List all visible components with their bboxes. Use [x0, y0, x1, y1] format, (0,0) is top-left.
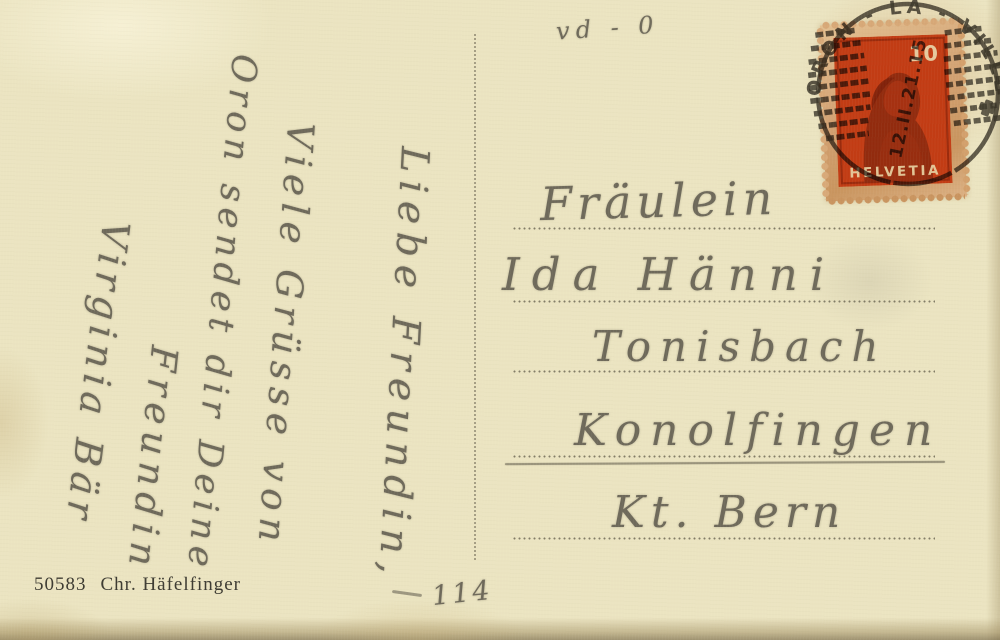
postage-stamp: 10 HELVETIA: [820, 21, 967, 202]
stamp-denomination: 10: [908, 41, 938, 66]
message-line: Viele Grüsse von: [249, 121, 322, 550]
address-text: Konolfingen: [574, 405, 941, 456]
message-signature: Virginia Bär: [57, 219, 138, 528]
pencil-note-bottom: 114: [431, 575, 494, 612]
perforation-edge: [816, 27, 830, 199]
cross-ornament: [977, 98, 998, 119]
imprint-number: 50583: [34, 574, 87, 595]
stamp-country: HELVETIA: [849, 162, 941, 181]
address-text: Kt. Bern: [612, 487, 846, 538]
pencil-note-top: vd - 0: [555, 10, 660, 45]
address-line: Tonisbach: [512, 328, 935, 373]
imprint-publisher: Chr. Häfelfinger: [101, 574, 242, 595]
pencil-dash: [392, 590, 422, 597]
address-text: Tonisbach: [592, 322, 888, 371]
message-line: Oron sendet dir Deine: [179, 53, 264, 575]
perforation-edge: [822, 17, 959, 30]
perforation-edge: [957, 22, 971, 194]
dotted-rule: [512, 227, 935, 230]
message-line: Liebe Freundin,: [369, 146, 437, 584]
address-line: Konolfingen: [512, 413, 935, 458]
address-text: Ida Hänni: [502, 248, 836, 301]
address-text: Fräulein: [539, 171, 778, 231]
postcard-back: Liebe Freundin, Viele Grüsse von Oron se…: [0, 0, 1000, 640]
dotted-rule: [512, 300, 935, 303]
divider-line: [474, 33, 476, 561]
dotted-rule: [512, 455, 935, 458]
address-line: Kt. Bern: [512, 495, 935, 540]
publisher-imprint: 50583Chr. Häfelfinger: [34, 574, 241, 596]
address-line: Ida Hänni: [512, 258, 935, 303]
dotted-rule: [512, 537, 935, 540]
dotted-rule: [512, 370, 935, 373]
message-line: Freundin: [119, 344, 186, 576]
pencil-underline: [505, 461, 945, 465]
stamp-design: 10 HELVETIA: [833, 34, 952, 187]
